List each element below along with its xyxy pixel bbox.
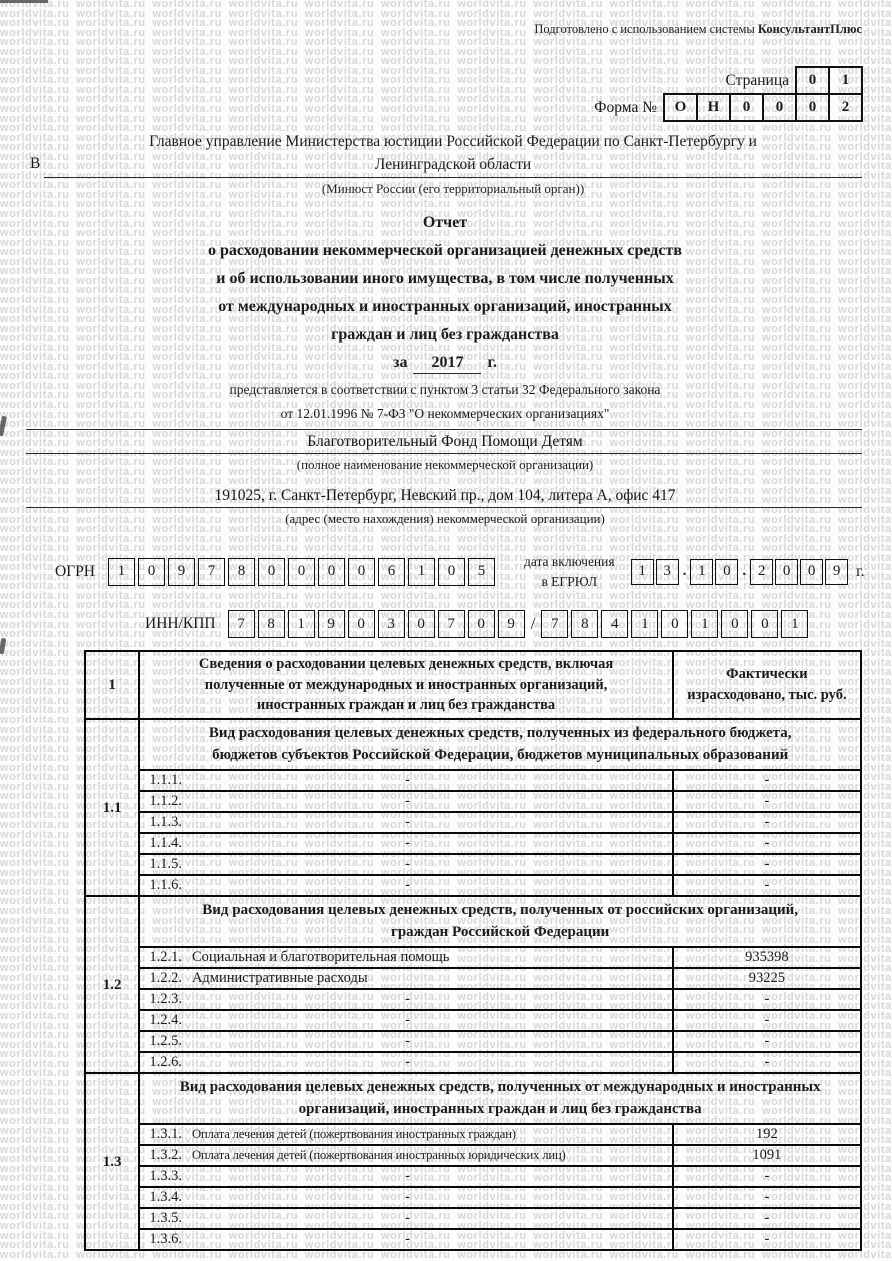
spending-table: 1 Сведения о расходовании целевых денежн… (84, 650, 862, 1251)
digit-cell: 9 (498, 610, 525, 638)
digit-cell: 9 (168, 558, 195, 586)
digit-cell: 0 (661, 610, 688, 638)
recipient-caption: (Минюст России (его территориальный орга… (44, 181, 862, 197)
law-note-line2: от 12.01.1996 № 7-ФЗ "О некоммерческих о… (28, 406, 862, 422)
table-section-header-row: 1.3Вид расходования целевых денежных сре… (85, 1073, 861, 1124)
digit-cell: 0 (258, 558, 285, 586)
table-row: 1.1.1.-- (85, 770, 861, 791)
table-header-row: 1 Сведения о расходовании целевых денежн… (85, 651, 861, 719)
scanned-report-page: worldvita.ru worldvita.ru worldvita.ru w… (0, 0, 892, 1261)
year-prefix: за (393, 354, 407, 371)
row-empty-dash: - (405, 1168, 410, 1184)
section-number: 1.3 (85, 1073, 139, 1250)
row-value: - (673, 875, 861, 896)
ogrn-label: ОГРН (55, 563, 95, 581)
table-row: 1.2.4.-- (85, 1010, 861, 1031)
digit-cell: 1 (408, 558, 435, 586)
digit-cell: 0 (468, 610, 495, 638)
form-number-row: Форма № ОН0002 (594, 93, 863, 122)
digit-cell: 7 (438, 610, 465, 638)
form-content: Подготовлено с использованием системы Ко… (0, 0, 892, 1261)
row-empty-dash: - (405, 991, 410, 1007)
table-row: 1.3.6.-- (85, 1229, 861, 1250)
address-caption: (адрес (место нахождения) некоммерческой… (28, 511, 862, 527)
row-number: 1.2.4. (149, 1012, 182, 1029)
row-label-cell: 1.2.1.Социальная и благотворительная пом… (139, 947, 672, 968)
digit-cell: 3 (378, 610, 405, 638)
organization-underline (26, 453, 862, 454)
report-title: Отчет (28, 214, 862, 232)
row-value: - (673, 989, 861, 1010)
digit-cell: 3 (656, 559, 679, 585)
row-label-cell: 1.1.2.- (139, 791, 672, 812)
digit-cell: 0 (729, 93, 764, 122)
table-row: 1.1.5.-- (85, 854, 861, 875)
row-value: - (673, 812, 861, 833)
table-row: 1.2.3.-- (85, 989, 861, 1010)
digit-cell: 0 (751, 610, 778, 638)
address-underline (26, 507, 862, 508)
row-number: 1.2.1. (149, 949, 182, 965)
row-label-cell: 1.2.5.- (139, 1031, 672, 1052)
kpp-cells: 784101001 (541, 610, 811, 638)
page-number-cells: 01 (797, 66, 863, 95)
row-value: - (673, 1010, 861, 1031)
row-empty-dash: - (405, 1012, 410, 1028)
row-number: 1.1.6. (149, 877, 182, 894)
row-value: - (673, 854, 861, 875)
row-empty-dash: - (405, 835, 410, 851)
row-number: 1.1.5. (149, 856, 182, 873)
digit-cell: 0 (775, 559, 798, 585)
page-number-row: Страница 01 (594, 66, 863, 95)
digit-cell: 0 (800, 559, 823, 585)
page-label: Страница (726, 72, 790, 90)
digit-cell: 0 (408, 610, 435, 638)
report-title-line3: и об использовании иного имущества, в то… (28, 270, 862, 288)
table-row: 1.3.2.Оплата лечения детей (пожертвовани… (85, 1145, 861, 1166)
form-number-cells: ОН0002 (665, 93, 863, 122)
row-number: 1.2.5. (149, 1033, 182, 1050)
egrul-date-label-line1: дата включения (524, 554, 615, 569)
digit-cell: 1 (690, 559, 713, 585)
organization-caption: (полное наименование некоммерческой орга… (28, 457, 862, 473)
row-number: 1.1.2. (149, 793, 182, 810)
law-note-line1: представляется в соответствии с пунктом … (28, 382, 862, 398)
row-empty-dash: - (405, 814, 410, 830)
row-number: 1.1.1. (149, 772, 182, 789)
prepared-note: Подготовлено с использованием системы Ко… (534, 22, 862, 37)
digit-cell: 0 (348, 610, 375, 638)
row-label: Оплата лечения детей (пожертвования инос… (192, 1127, 516, 1141)
digit-cell: 0 (795, 66, 830, 95)
digit-cell: 7 (198, 558, 225, 586)
row-label-cell: 1.1.3.- (139, 812, 672, 833)
recipient-line2: Ленинградской области (44, 156, 862, 174)
row-empty-dash: - (405, 877, 410, 893)
row-label-cell: 1.3.4.- (139, 1187, 672, 1208)
digit-cell: 1 (631, 610, 658, 638)
row-empty-dash: - (405, 1189, 410, 1205)
date-dot: . (742, 563, 746, 580)
section-number: 1.1 (85, 719, 139, 896)
form-label: Форма № (594, 99, 657, 117)
row-number: 1.2.3. (149, 991, 182, 1008)
row-label-cell: 1.3.6.- (139, 1229, 672, 1250)
row-number: 1.3.2. (149, 1147, 182, 1163)
row-label: Оплата лечения детей (пожертвования инос… (192, 1148, 566, 1162)
row-value: - (673, 833, 861, 854)
digit-cell: 9 (825, 559, 848, 585)
table-row: 1.1.6.-- (85, 875, 861, 896)
digit-cell: 1 (108, 558, 135, 586)
row-number: 1.2.2. (149, 970, 182, 986)
table-row: 1.1.3.-- (85, 812, 861, 833)
organization-name: Благотворительный Фонд Помощи Детям (28, 433, 862, 451)
row-value: - (673, 770, 861, 791)
row-number: 1.3.4. (149, 1189, 182, 1206)
egrul-date-label: дата включения в ЕГРЮЛ (524, 552, 615, 591)
row-label-cell: 1.3.3.- (139, 1166, 672, 1187)
table-header-num: 1 (85, 651, 139, 719)
row-label-cell: 1.3.5.- (139, 1208, 672, 1229)
digit-cell: 4 (601, 610, 628, 638)
digit-cell: 8 (571, 610, 598, 638)
digit-cell: 0 (438, 558, 465, 586)
row-label: Административные расходы (192, 970, 368, 986)
digit-cell: 0 (318, 558, 345, 586)
row-number: 1.3.6. (149, 1231, 182, 1248)
row-value: 935398 (673, 947, 861, 968)
row-number: 1.2.6. (149, 1054, 182, 1071)
row-number: 1.1.3. (149, 814, 182, 831)
report-year-line: за2017г. (28, 354, 862, 374)
row-label-cell: 1.3.2.Оплата лечения детей (пожертвовани… (139, 1145, 672, 1166)
digit-cell: 1 (691, 610, 718, 638)
inn-kpp-row: ИНН/КПП 7819030709 / 784101001 (0, 610, 892, 638)
digit-cell: 0 (795, 93, 830, 122)
row-value: 93225 (673, 968, 861, 989)
row-number: 1.1.4. (149, 835, 182, 852)
digit-cell: 1 (631, 559, 654, 585)
table-header-text: Сведения о расходовании целевых денежных… (139, 651, 672, 719)
table-row: 1.2.1.Социальная и благотворительная пом… (85, 947, 861, 968)
table-row: 1.3.1.Оплата лечения детей (пожертвовани… (85, 1124, 861, 1145)
digit-cell: 0 (721, 610, 748, 638)
row-label-cell: 1.1.1.- (139, 770, 672, 791)
table-row: 1.2.2.Административные расходы93225 (85, 968, 861, 989)
digit-cell: 7 (541, 610, 568, 638)
table-row: 1.2.5.-- (85, 1031, 861, 1052)
recipient-line1: Главное управление Министерства юстиции … (44, 133, 862, 151)
digit-cell: 2 (750, 559, 773, 585)
section-title: Вид расходования целевых денежных средст… (139, 896, 861, 947)
row-label-cell: 1.2.6.- (139, 1052, 672, 1073)
ogrn-cells: 1097800006105 (108, 558, 498, 586)
row-label-cell: 1.2.3.- (139, 989, 672, 1010)
ogrn-row: ОГРН 1097800006105 дата включения в ЕГРЮ… (0, 552, 892, 591)
inn-kpp-label: ИНН/КПП (145, 615, 216, 633)
scan-artifact-left-1 (0, 416, 7, 437)
digit-cell: О (663, 93, 698, 122)
organization-address: 191025, г. Санкт-Петербург, Невский пр.,… (28, 487, 862, 505)
page-form-grid: Страница 01 Форма № ОН0002 (594, 66, 863, 122)
report-title-line4: от международных и иностранных организац… (28, 298, 862, 316)
row-value: - (673, 1052, 861, 1073)
table-row: 1.3.5.-- (85, 1208, 861, 1229)
row-value: - (673, 791, 861, 812)
scan-artifact-top (0, 0, 48, 3)
digit-cell: 2 (828, 93, 863, 122)
row-label-cell: 1.3.1.Оплата лечения детей (пожертвовани… (139, 1124, 672, 1145)
digit-cell: 8 (258, 610, 285, 638)
digit-cell: 8 (228, 558, 255, 586)
org-field-blank-line (26, 429, 862, 430)
section-number: 1.2 (85, 896, 139, 1073)
row-empty-dash: - (405, 793, 410, 809)
year-suffix: г. (487, 354, 496, 371)
row-label-cell: 1.2.2.Административные расходы (139, 968, 672, 989)
row-value: 192 (673, 1124, 861, 1145)
section-title: Вид расходования целевых денежных средст… (139, 719, 861, 770)
date-dot: . (683, 563, 687, 580)
digit-cell: 0 (348, 558, 375, 586)
section-title: Вид расходования целевых денежных средст… (139, 1073, 861, 1124)
table-row: 1.3.3.-- (85, 1166, 861, 1187)
table-row: 1.1.2.-- (85, 791, 861, 812)
row-value: 1091 (673, 1145, 861, 1166)
egrul-date-cells: 13.10.2009 (631, 559, 851, 585)
row-empty-dash: - (405, 772, 410, 788)
row-number: 1.3.3. (149, 1168, 182, 1185)
digit-cell: 1 (288, 610, 315, 638)
row-value: - (673, 1229, 861, 1250)
table-section-header-row: 1.2Вид расходования целевых денежных сре… (85, 896, 861, 947)
row-label-cell: 1.2.4.- (139, 1010, 672, 1031)
row-empty-dash: - (405, 1210, 410, 1226)
inn-cells: 7819030709 (228, 610, 528, 638)
digit-cell: 0 (138, 558, 165, 586)
inn-kpp-separator: / (531, 614, 536, 634)
table-row: 1.1.4.-- (85, 833, 861, 854)
row-label-cell: 1.1.4.- (139, 833, 672, 854)
report-year: 2017 (413, 354, 481, 374)
digit-cell: 0 (762, 93, 797, 122)
row-number: 1.3.5. (149, 1210, 182, 1227)
report-title-line5: граждан и лиц без гражданства (28, 326, 862, 344)
table-row: 1.2.6.-- (85, 1052, 861, 1073)
digit-cell: 1 (828, 66, 863, 95)
row-value: - (673, 1031, 861, 1052)
row-empty-dash: - (405, 1231, 410, 1247)
row-value: - (673, 1208, 861, 1229)
egrul-date-label-line2: в ЕГРЮЛ (541, 574, 597, 589)
scan-artifact-left-2 (0, 638, 6, 655)
digit-cell: 5 (468, 558, 495, 586)
digit-cell: 0 (715, 559, 738, 585)
table-row: 1.3.4.-- (85, 1187, 861, 1208)
egrul-date-suffix: г. (856, 563, 864, 581)
digit-cell: 7 (228, 610, 255, 638)
digit-cell: 0 (288, 558, 315, 586)
digit-cell: 6 (378, 558, 405, 586)
recipient-prefix: В (30, 155, 40, 173)
row-empty-dash: - (405, 856, 410, 872)
recipient-underline (44, 177, 862, 178)
table-section-header-row: 1.1Вид расходования целевых денежных сре… (85, 719, 861, 770)
row-label-cell: 1.1.6.- (139, 875, 672, 896)
row-label: Социальная и благотворительная помощь (192, 949, 449, 965)
row-value: - (673, 1187, 861, 1208)
digit-cell: 9 (318, 610, 345, 638)
row-empty-dash: - (405, 1033, 410, 1049)
digit-cell: 1 (781, 610, 808, 638)
prepared-note-text: Подготовлено с использованием системы (534, 22, 758, 36)
row-empty-dash: - (405, 1054, 410, 1070)
digit-cell: Н (696, 93, 731, 122)
report-title-line2: о расходовании некоммерческой организаци… (28, 242, 862, 260)
row-label-cell: 1.1.5.- (139, 854, 672, 875)
row-value: - (673, 1166, 861, 1187)
row-number: 1.3.1. (149, 1126, 182, 1142)
table-header-value-col: Фактически израсходовано, тыс. руб. (673, 651, 861, 719)
consultantplus-brand: КонсультантПлюс (758, 22, 862, 36)
